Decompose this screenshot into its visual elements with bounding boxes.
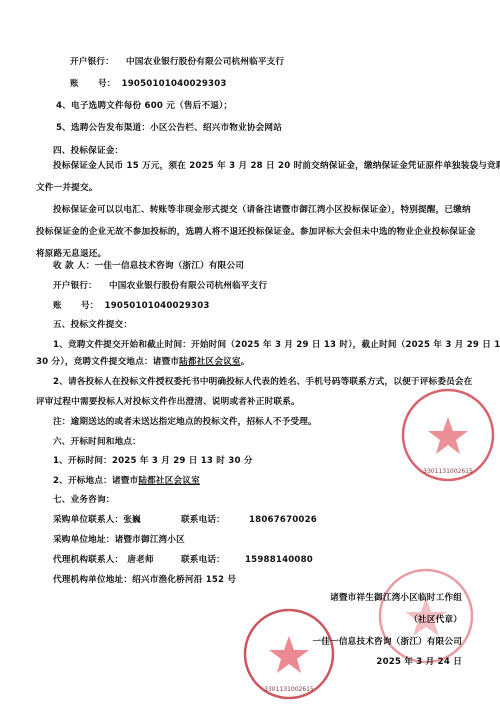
- section-5-note: 注：逾期送达的或者未送达指定地点的投标文件，招标人不予受理。: [53, 416, 317, 428]
- text: 2、开标地点：诸暨市: [53, 476, 138, 486]
- payee-value: 一佳一信息技术咨询（浙江）有限公司: [95, 261, 245, 271]
- section-5-p1-line2: 30 分），竞聘文件提交地点：诸暨市陆都社区会议室。: [36, 356, 250, 368]
- agent-address-line: 代理机构单位地址：绍兴市渔化桥河沿 152 号: [53, 574, 236, 586]
- company-seal-icon: 3301131002615: [400, 387, 496, 483]
- section-6-place: 2、开标地点：诸暨市陆都社区会议室: [53, 475, 200, 487]
- buyer-address-label: 采购单位地址：: [53, 535, 115, 545]
- agent-contact-line: 代理机构联系人：唐老师: [53, 554, 154, 566]
- account-label: 账 号：: [70, 79, 116, 89]
- buyer-phone-label: 联系电话：: [181, 514, 225, 526]
- section-4-para2-line2: 投标保证金的企业无故不参加投标的，选聘人将不退还投标保证金。参加评标大会但未中选…: [36, 226, 476, 238]
- signature-org-2: 一佳一信息技术咨询（浙江）有限公司: [313, 636, 463, 648]
- svg-text:3301131002615: 3301131002615: [423, 468, 473, 475]
- section-4-para1-line2: 文件一并提交。: [36, 182, 98, 194]
- document-page: 开户银行：中国农业银行股份有限公司杭州临平支行 账 号：190501010400…: [0, 0, 500, 708]
- signature-org-1-note: （社区代章）: [409, 614, 462, 626]
- bank-value: 中国农业银行股份有限公司杭州临平支行: [126, 57, 284, 67]
- signature-date: 2025 年 3 月 24 日: [376, 656, 462, 668]
- buyer-phone-value: 18067670026: [249, 514, 317, 526]
- section-4-para2-line1: 投标保证金可以以电汇、转账等非现金形式提交（请备注诸暨市御江湾小区投标保证金），…: [53, 204, 471, 216]
- item-5: 5、选聘公告发布渠道：小区公告栏、绍兴市物业协会网站: [56, 122, 282, 134]
- account-value: 19050101040029303: [122, 79, 227, 89]
- venue-underlined: 陆都社区会议室: [138, 476, 200, 486]
- text: 。: [241, 357, 250, 367]
- agent-phone-value: 15988140080: [245, 554, 313, 566]
- svg-text:3301131002615: 3301131002615: [264, 686, 314, 693]
- account-label: 账 号：: [53, 301, 99, 311]
- signature-org-1: 诸暨市祥生御江湾小区临时工作组: [330, 592, 462, 604]
- bank-label: 开户银行：: [70, 57, 114, 67]
- section-5-p2-line2: 评审过程中需要投标人对投标文件作出澄清、说明或者补正时联系。: [36, 396, 300, 408]
- section-4-para1-line1: 投标保证金人民币 15 万元，须在 2025 年 3 月 28 日 20 时前交…: [53, 160, 500, 172]
- buyer-address-value: 诸暨市御江湾小区: [115, 535, 185, 545]
- buyer-address-line: 采购单位地址：诸暨市御江湾小区: [53, 534, 185, 546]
- payee-line: 收 款 人：一佳一信息技术咨询（浙江）有限公司: [53, 260, 244, 272]
- text: 30 分），竞聘文件提交地点：诸暨市: [36, 357, 179, 367]
- section-5-heading: 五、投标文件提交：: [53, 319, 132, 331]
- agent-contact-value: 唐老师: [127, 555, 153, 565]
- item-4: 4、电子选聘文件每份 600 元（售后不退）；: [56, 100, 232, 112]
- section-4-heading: 四、投标保证金：: [53, 145, 123, 157]
- account-value: 19050101040029303: [105, 301, 210, 311]
- account-line-2: 账 号：19050101040029303: [53, 300, 210, 312]
- venue-underlined: 陆都社区会议室: [179, 357, 241, 367]
- section-6-time: 1、开标时间：2025 年 3 月 29 日 13 时 30 分: [53, 455, 253, 467]
- agent-address-value: 绍兴市渔化桥河沿 152 号: [132, 575, 236, 585]
- section-7-heading: 七、业务咨询：: [53, 494, 115, 506]
- agent-seal-stamp: 3301131002615: [240, 605, 338, 703]
- section-4-para2-line3: 将原路无息退还。: [36, 248, 106, 260]
- agent-seal-icon: 3301131002615: [242, 607, 336, 701]
- agent-contact-label: 代理机构联系人：: [53, 555, 123, 565]
- account-line: 账 号：19050101040029303: [70, 78, 227, 90]
- bank-value: 中国农业银行股份有限公司杭州临平支行: [109, 281, 267, 291]
- section-5-p1-line1: 1、竞聘文件提交开始和截止时间：开始时间（2025 年 3 月 29 日 13 …: [53, 339, 500, 351]
- agent-address-label: 代理机构单位地址：: [53, 575, 132, 585]
- payee-label: 收 款 人：: [53, 261, 95, 271]
- buyer-contact-line: 采购单位联系人：张巍: [53, 514, 141, 526]
- buyer-contact-label: 采购单位联系人：: [53, 515, 123, 525]
- bank-label: 开户银行：: [53, 281, 97, 291]
- buyer-contact-value: 张巍: [123, 515, 141, 525]
- company-seal-stamp: 3301131002615: [398, 385, 498, 485]
- agent-phone-label: 联系电话：: [181, 554, 225, 566]
- section-6-heading: 六、开标时间和地点：: [53, 436, 141, 448]
- bank-line: 开户银行：中国农业银行股份有限公司杭州临平支行: [70, 56, 284, 68]
- bank-line-2: 开户银行：中国农业银行股份有限公司杭州临平支行: [53, 280, 267, 292]
